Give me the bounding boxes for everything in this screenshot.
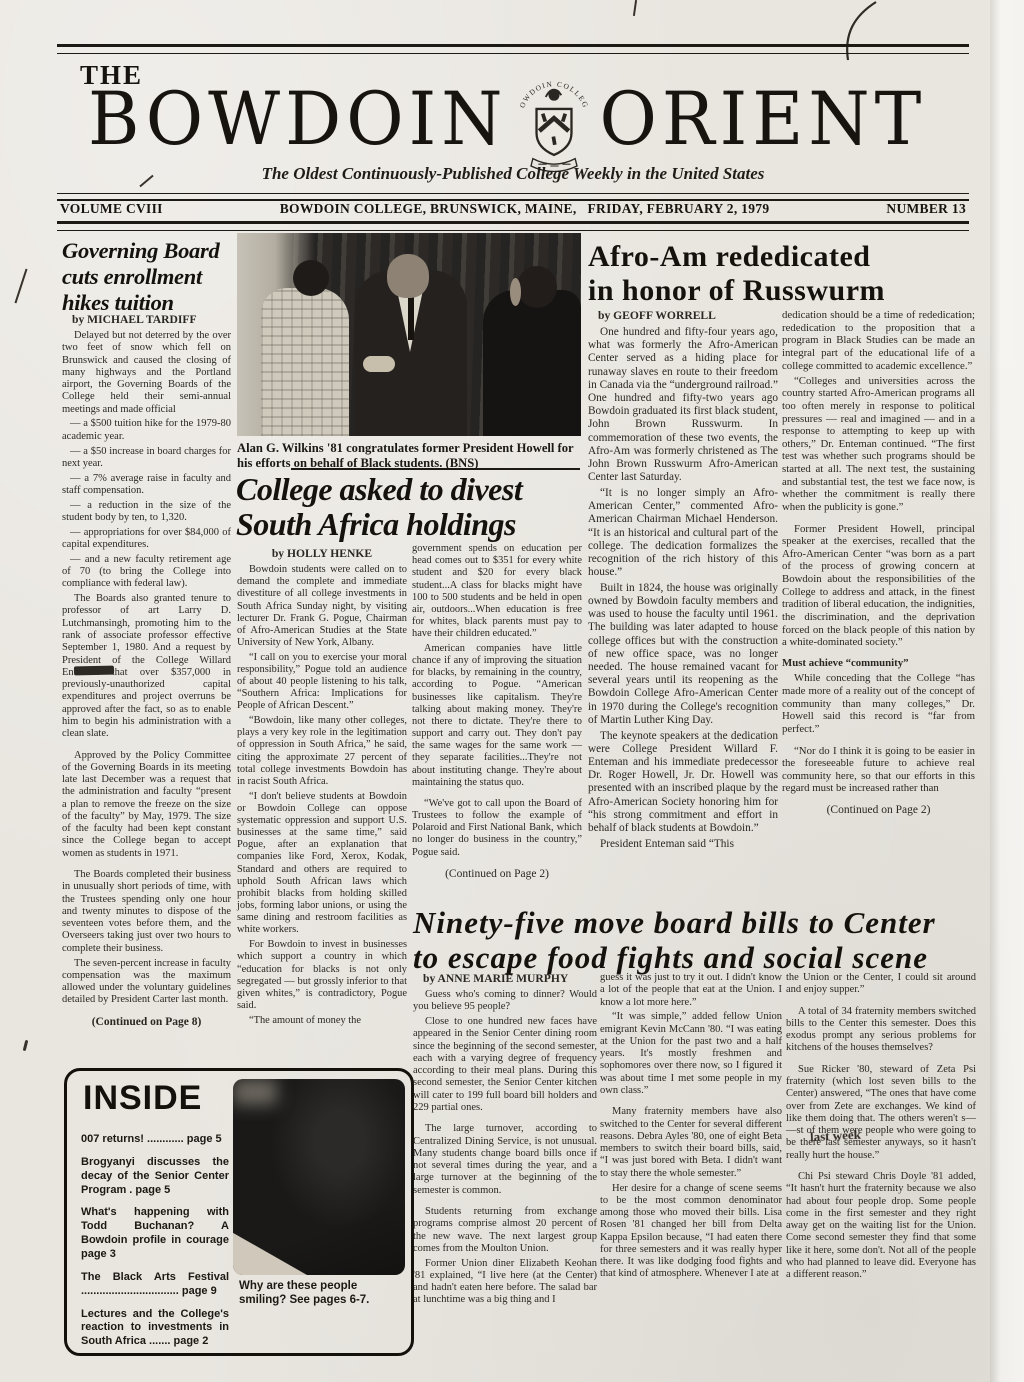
headline-afroam: Afro-Am rededicated in honor of Russwurm bbox=[588, 240, 980, 308]
inside-title: INSIDE bbox=[83, 1079, 202, 1118]
inside-item: 007 returns! ............ page 5 bbox=[81, 1133, 229, 1147]
volume-label: VOLUME CVIII bbox=[60, 201, 163, 217]
article-afroam-col1: by GEOFF WORRELL One hundred and fifty-f… bbox=[588, 309, 778, 909]
dateline-text: BOWDOIN COLLEGE, BRUNSWICK, MAINE, FRIDA… bbox=[280, 201, 770, 217]
article-paragraph: Her desire for a change of scene seems t… bbox=[600, 1183, 782, 1281]
article-paragraph: The keynote speakers at the dedication w… bbox=[588, 730, 778, 836]
article-paragraph: dedication should be a time of rededicat… bbox=[782, 309, 975, 372]
dateline-rule-bottom bbox=[57, 221, 969, 231]
article-paragraph: “Colleges and universities across the co… bbox=[782, 375, 975, 514]
inside-item: What's happening with Todd Buchanan? A B… bbox=[81, 1206, 229, 1261]
article-paragraph: Chi Psi steward Chris Doyle '81 added, “… bbox=[786, 1171, 976, 1282]
article-paragraph: Bowdoin students were called on to deman… bbox=[237, 564, 407, 649]
pen-mark-apostrophe bbox=[23, 1040, 29, 1051]
photo-figure-left-head bbox=[293, 260, 329, 296]
photo-figure-right bbox=[483, 290, 581, 436]
inside-photo-caption: Why are these people smiling? See pages … bbox=[239, 1279, 401, 1308]
article-paragraph: The Boards completed their business in u… bbox=[62, 869, 231, 955]
article-paragraph: Sue Ricker '80, steward of Zeta Psi frat… bbox=[786, 1064, 976, 1162]
svg-text:BOWDOIN COLLEGE: BOWDOIN COLLEGE bbox=[508, 68, 591, 110]
article-afroam-col2: dedication should be a time of rededicat… bbox=[782, 309, 975, 909]
article-paragraph: — a $500 tuition hike for the 1979-80 ac… bbox=[62, 418, 231, 443]
article-paragraph: While conceding that the College “has ma… bbox=[782, 672, 975, 735]
article-ninetyfive-col2: guess it was just to try it out. I didn'… bbox=[600, 972, 782, 1283]
headline-rule bbox=[291, 468, 580, 470]
inside-item: The Black Arts Festival ................… bbox=[81, 1271, 229, 1299]
article-paragraph: — a $50 increase in board charges for ne… bbox=[62, 446, 231, 471]
section-subhead: Must achieve “community” bbox=[782, 657, 975, 670]
article-paragraph: “Nor do I think it is going to be easier… bbox=[782, 745, 975, 796]
article-paragraph: guess it was just to try it out. I didn'… bbox=[600, 972, 782, 1009]
photo-figure-center-head bbox=[387, 254, 429, 298]
article-paragraph: Built in 1824, the house was originally … bbox=[588, 582, 778, 727]
dateline: VOLUME CVIII BOWDOIN COLLEGE, BRUNSWICK,… bbox=[60, 201, 966, 217]
dateline-rule-top bbox=[57, 193, 969, 201]
article-paragraph: “I don't believe students at Bowdoin or … bbox=[237, 791, 407, 937]
continued-note: (Continued on Page 8) bbox=[62, 1016, 231, 1029]
news-photo-handshake bbox=[237, 233, 581, 436]
article-divest-col1: by HOLLY HENKE Bowdoin students were cal… bbox=[237, 547, 407, 1029]
article-ninetyfive-col1: by ANNE MARIE MURPHY Guess who's coming … bbox=[413, 972, 597, 1309]
photo-light-sliver bbox=[233, 1213, 307, 1275]
issue-number: NUMBER 13 bbox=[886, 201, 966, 217]
article-ninetyfive-col3: the Union or the Center, I could sit aro… bbox=[786, 972, 976, 1284]
article-paragraph: — appropriations for over $84,000 of cap… bbox=[62, 527, 231, 552]
photo-highlight bbox=[233, 1079, 277, 1105]
pen-mark-tick bbox=[633, 0, 637, 16]
article-paragraph: A total of 34 fraternity members switche… bbox=[786, 1006, 976, 1055]
photo-figure-left bbox=[261, 288, 349, 436]
photo-figure-right-face bbox=[510, 278, 521, 306]
masthead-orient: ORIENT bbox=[600, 83, 927, 156]
article-paragraph: the Union or the Center, I could sit aro… bbox=[786, 972, 976, 997]
photo-figure-right-head bbox=[517, 266, 557, 308]
photo-handshake-hands bbox=[363, 356, 395, 372]
article-paragraph: “I call on you to exercise your moral re… bbox=[237, 652, 407, 713]
byline: by HOLLY HENKE bbox=[237, 547, 407, 560]
masthead-title: BOWDOIN BOWDOIN COLLEGE ORIENT bbox=[88, 66, 894, 172]
article-paragraph: — and a new faculty retirement age of 70… bbox=[62, 554, 231, 591]
inside-item: Brogyanyi discusses the decay of the Sen… bbox=[81, 1156, 229, 1198]
headline-ninetyfive: Ninety-five move board bills to Center t… bbox=[413, 906, 979, 975]
article-paragraph: The seven-percent increase in faculty co… bbox=[62, 958, 231, 1007]
article-paragraph: Delayed but not deterred by the over two… bbox=[62, 330, 231, 416]
article-paragraph: Guess who's coming to dinner? Would you … bbox=[413, 989, 597, 1014]
article-paragraph: government spends on education per head … bbox=[412, 543, 582, 640]
article-paragraph: “The amount of money the bbox=[237, 1015, 407, 1027]
continued-note: (Continued on Page 2) bbox=[782, 804, 975, 817]
article-paragraph: Close to one hundred new faces have appe… bbox=[413, 1016, 597, 1114]
article-paragraph: Former President Howell, principal speak… bbox=[782, 523, 975, 649]
byline: by MICHAEL TARDIFF bbox=[62, 313, 231, 326]
inside-box: INSIDE 007 returns! ............ page 5 … bbox=[64, 1068, 414, 1356]
inside-contents-list: 007 returns! ............ page 5 Brogyan… bbox=[81, 1133, 229, 1358]
article-paragraph: “Bowdoin, like many other colleges, play… bbox=[237, 715, 407, 788]
article-paragraph: Students returning from exchange program… bbox=[413, 1206, 597, 1255]
article-paragraph: “It is no longer simply an Afro-American… bbox=[588, 487, 778, 579]
article-paragraph: For Bowdoin to invest in businesses whic… bbox=[237, 939, 407, 1012]
newspaper-page: last week THE BOWDOIN BOWDOIN COLLEGE OR… bbox=[0, 0, 1024, 1382]
article-paragraph: Many fraternity members have also switch… bbox=[600, 1106, 782, 1180]
article-paragraph: Former Union diner Elizabeth Keohan '81 … bbox=[413, 1258, 597, 1307]
byline: by GEOFF WORRELL bbox=[588, 309, 778, 322]
article-paragraph: The Boards also granted tenure to profes… bbox=[62, 593, 231, 740]
inside-item: Lectures and the College's reaction to i… bbox=[81, 1308, 229, 1350]
pen-mark-slash bbox=[14, 269, 27, 304]
article-paragraph: — a 7% average raise in faculty and staf… bbox=[62, 473, 231, 498]
article-divest-col2: government spends on education per head … bbox=[412, 543, 582, 884]
article-paragraph: “It was simple,” added fellow Union emig… bbox=[600, 1011, 782, 1097]
byline: by ANNE MARIE MURPHY bbox=[413, 972, 597, 985]
article-paragraph: — a reduction in the size of the student… bbox=[62, 500, 231, 525]
top-rule bbox=[57, 44, 969, 54]
headline-governing-board: Governing Board cuts enrollment hikes tu… bbox=[62, 238, 234, 316]
continued-note: (Continued on Page 2) bbox=[412, 868, 582, 881]
article-paragraph: The large turnover, according to Central… bbox=[413, 1123, 597, 1197]
bowdoin-crest-icon: BOWDOIN COLLEGE bbox=[508, 68, 600, 172]
headline-divest: College asked to divest South Africa hol… bbox=[236, 472, 586, 541]
masthead-subtitle: The Oldest Continuously-Published Colleg… bbox=[57, 164, 969, 184]
article-paragraph: One hundred and fifty-four years ago, wh… bbox=[588, 326, 778, 484]
article-paragraph: “We've got to call upon the Board of Tru… bbox=[412, 798, 582, 859]
article-paragraph: American companies have little chance if… bbox=[412, 643, 582, 789]
paper-edge bbox=[990, 0, 1024, 1382]
masthead-bowdoin: BOWDOIN bbox=[88, 83, 508, 156]
article-paragraph: Approved by the Policy Committee of the … bbox=[62, 750, 231, 861]
article-paragraph: President Enteman said “This bbox=[588, 838, 778, 851]
inside-photo-dark bbox=[233, 1079, 405, 1275]
article-governing-board: by MICHAEL TARDIFF Delayed but not deter… bbox=[62, 313, 231, 1073]
